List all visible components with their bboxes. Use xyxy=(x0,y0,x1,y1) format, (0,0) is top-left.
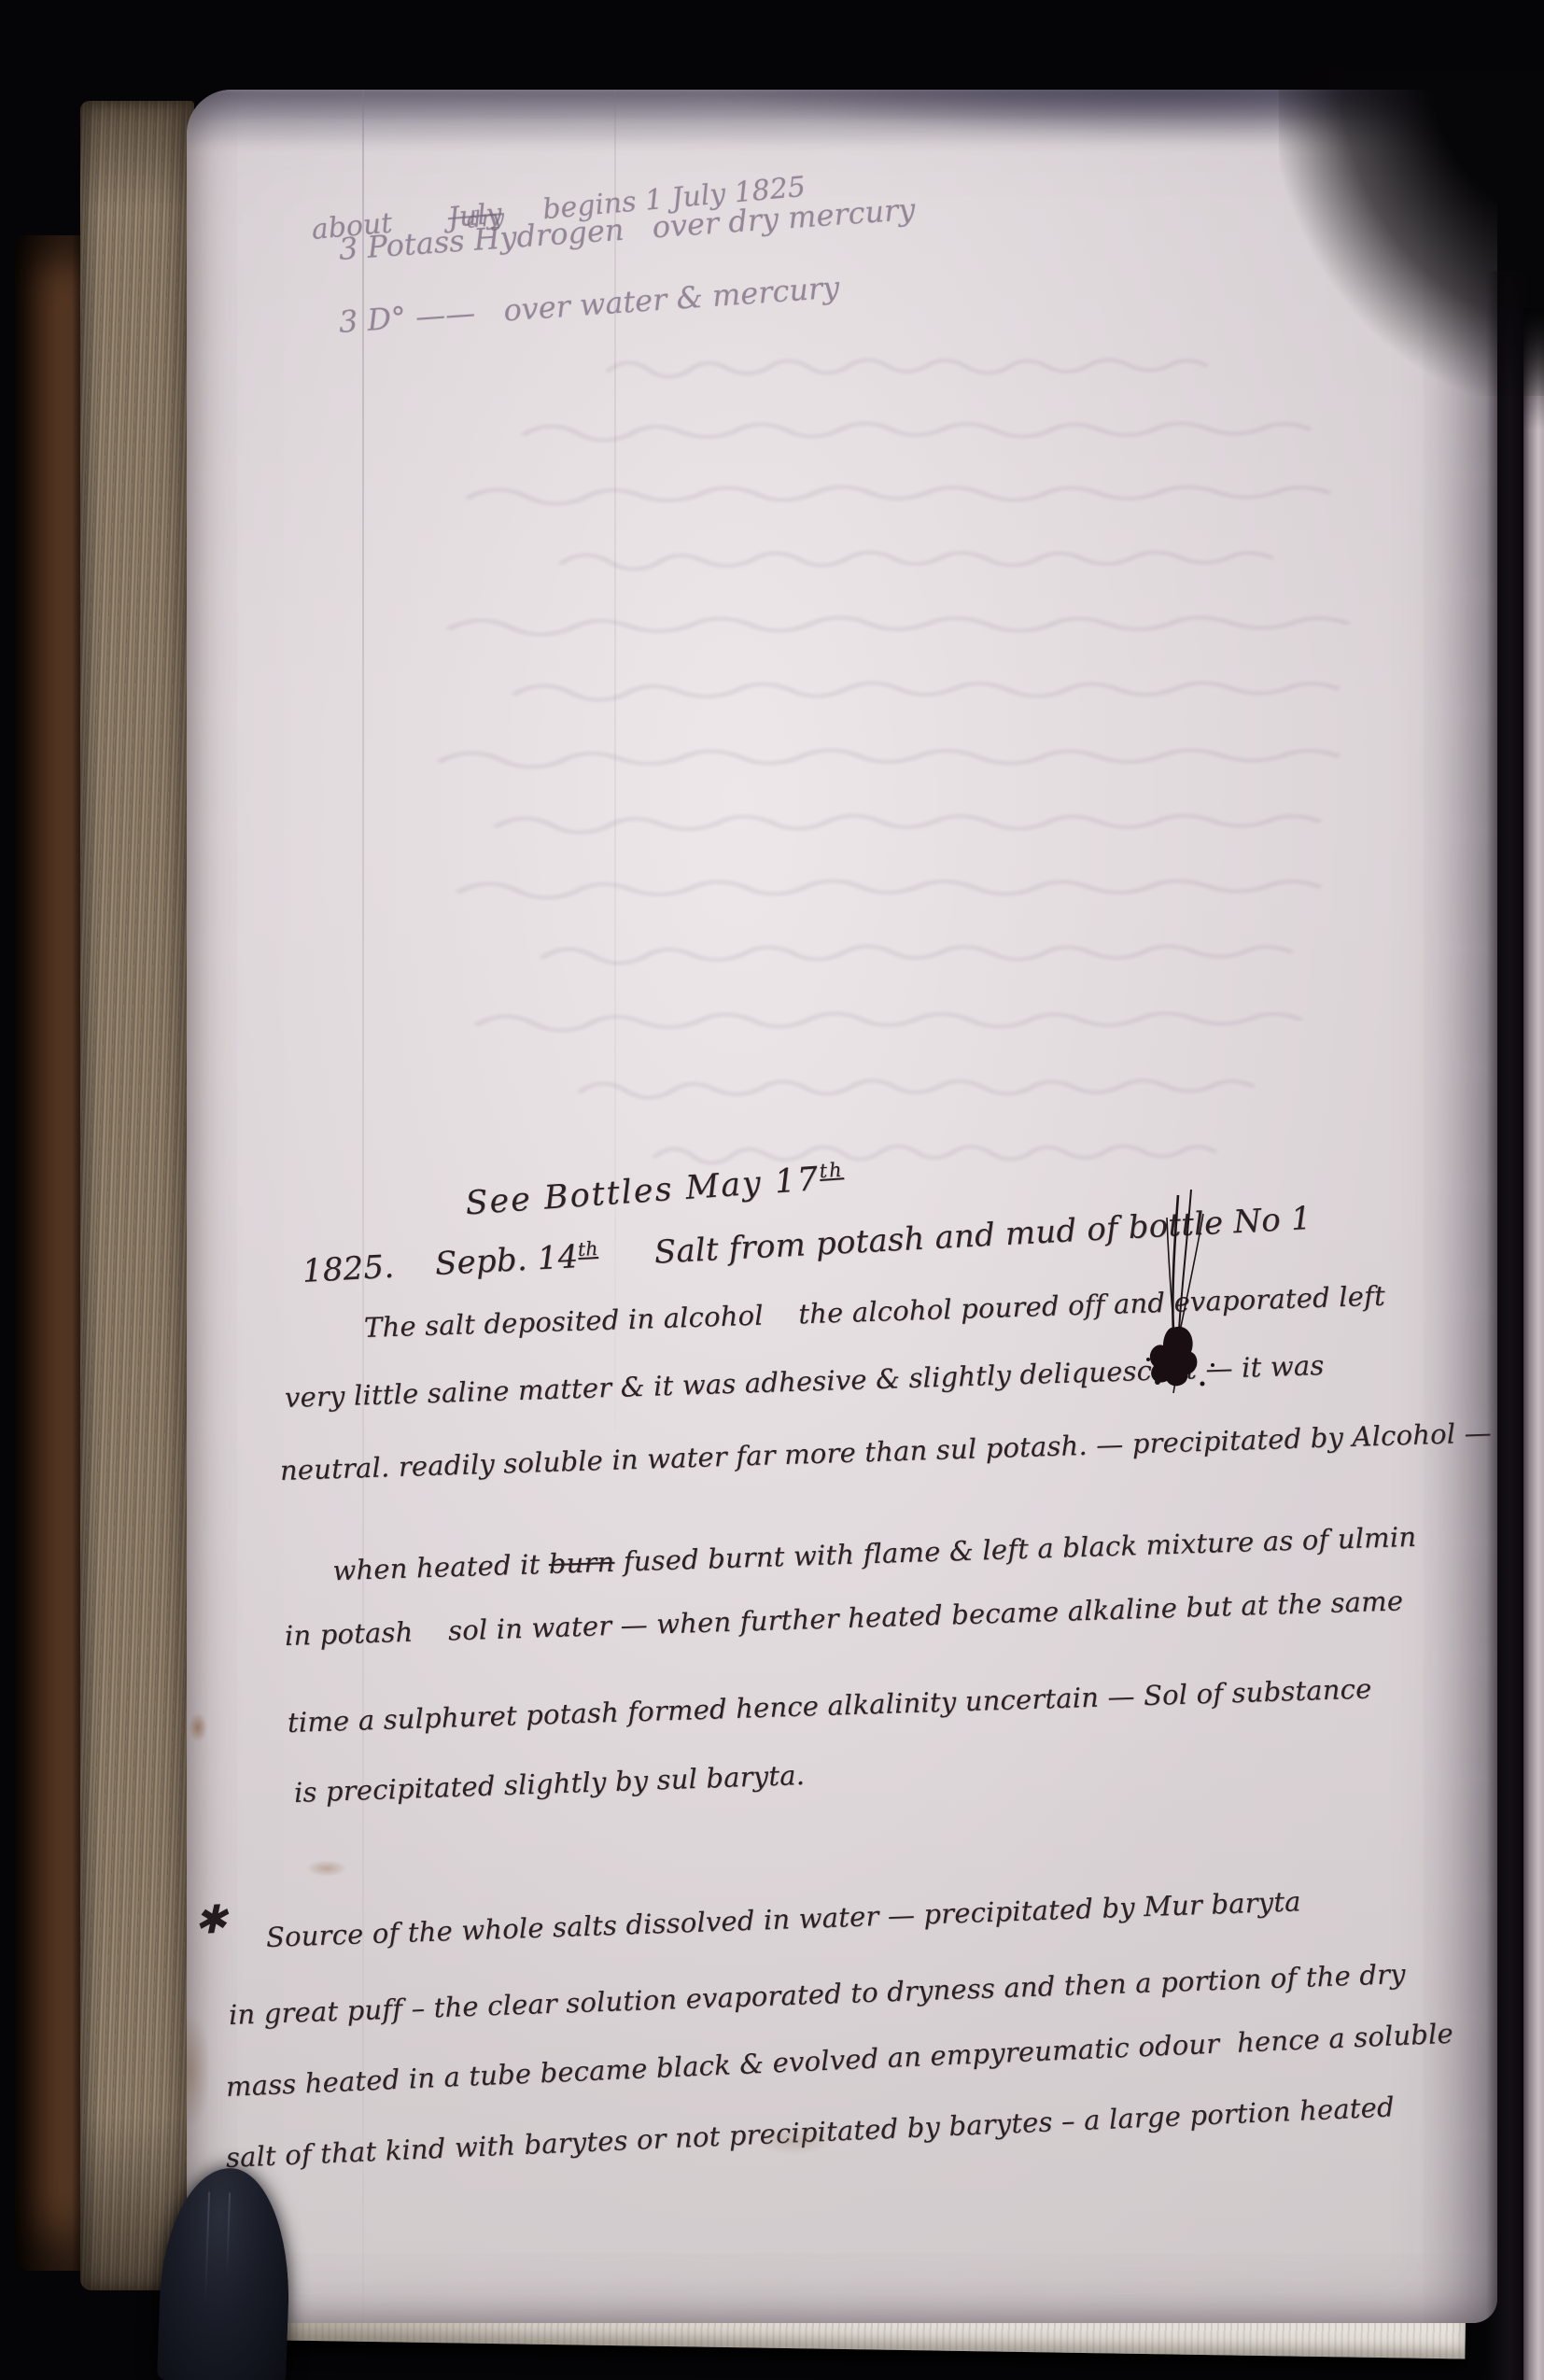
rust-stain xyxy=(189,1712,207,1742)
rust-stain xyxy=(758,2127,831,2155)
paragraph2-line-3: mass heated in a tube became black & evo… xyxy=(225,2018,1453,2104)
line4-struck-word: burn xyxy=(548,1546,615,1580)
entry-date: Sepb. 14 xyxy=(434,1238,579,1283)
bleedthrough-ghost-writing xyxy=(411,351,1494,1191)
paragraph1-line-7: is precipitated slightly by sul baryta. xyxy=(293,1759,805,1810)
entry-year: 1825. xyxy=(302,1248,395,1290)
ink-splatter xyxy=(1120,1190,1251,1414)
footnote-asterisk: ✱ xyxy=(193,1896,228,1945)
reference-note-superscript: th xyxy=(819,1159,845,1183)
rust-stain xyxy=(306,1860,347,1877)
page-edge-stack xyxy=(80,101,194,2290)
paragraph1-line-6: time a sulphuret potash formed hence alk… xyxy=(287,1673,1371,1739)
paragraph1-line-3: neutral. readily soluble in water far mo… xyxy=(279,1416,1492,1487)
paragraph2-line-2: in great puff – the clear solution evapo… xyxy=(228,1958,1406,2032)
notebook-page: aboutJulybegins 1 July 1825 dry 3 Potass… xyxy=(187,90,1497,2323)
glove-crease xyxy=(226,2192,231,2276)
top-right-shadow xyxy=(1279,69,1544,396)
pencil-note-line-3: 3 D° —— over water & mercury xyxy=(338,270,841,341)
line4-before: when heated it xyxy=(332,1548,549,1586)
rust-stain xyxy=(187,2011,211,2129)
photo-background: aboutJulybegins 1 July 1825 dry 3 Potass… xyxy=(0,0,1544,2380)
margin-rule-line xyxy=(362,90,364,2323)
facing-page-sliver xyxy=(1523,308,1544,2380)
entry-date-superscript: th xyxy=(577,1237,598,1260)
paragraph2-line-1: Source of the whole salts dissolved in w… xyxy=(265,1885,1301,1953)
line4-after: fused burnt with flame & left a black mi… xyxy=(614,1521,1417,1578)
glove-crease xyxy=(204,2191,210,2303)
